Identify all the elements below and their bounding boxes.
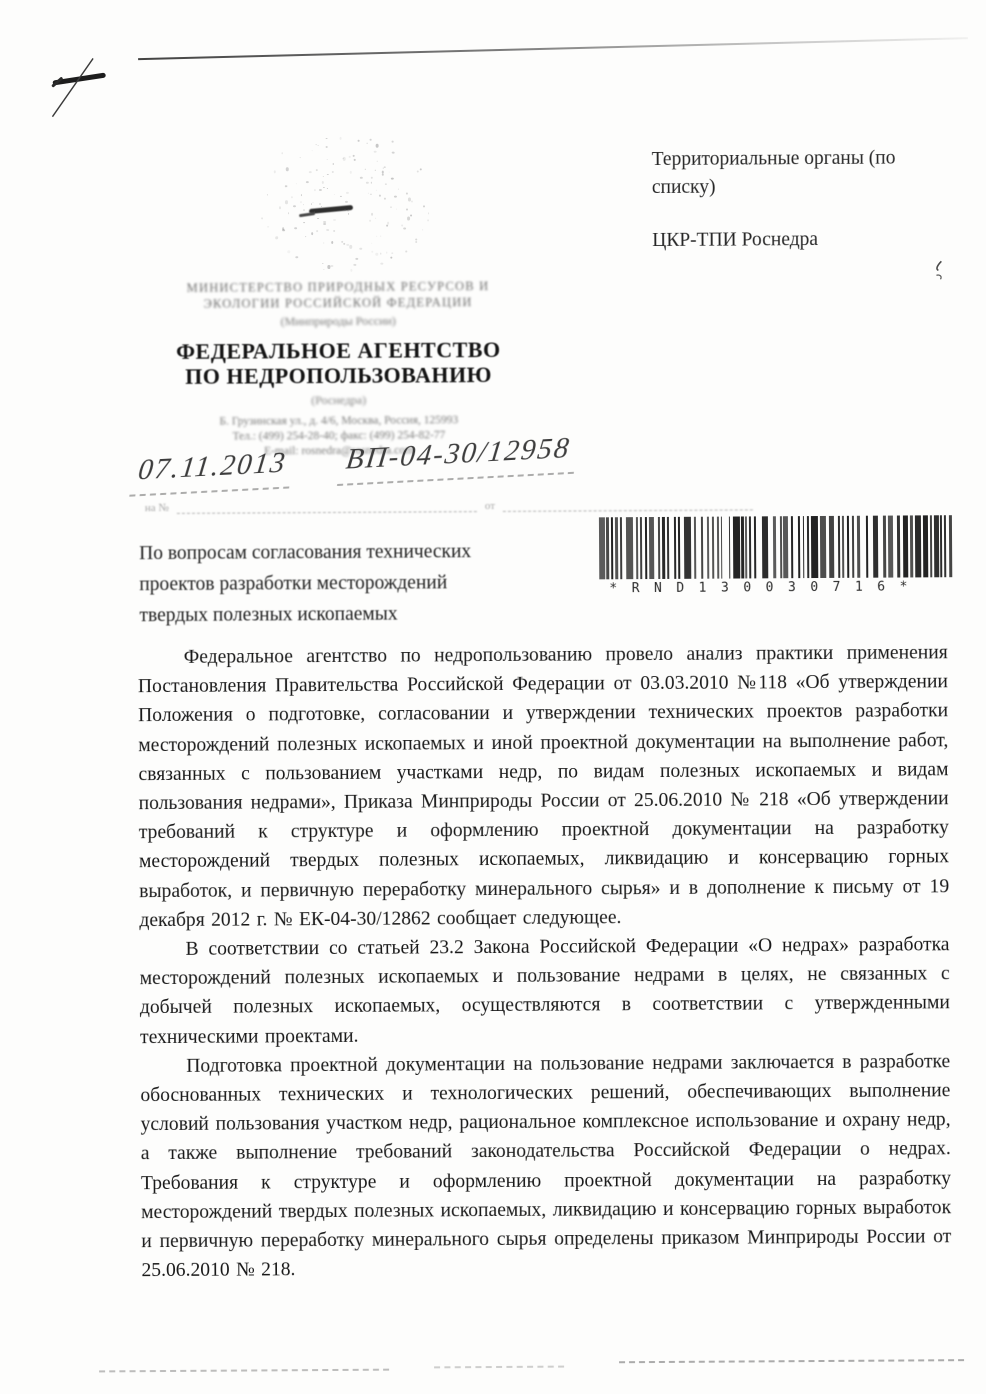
emblem-speck <box>382 171 384 174</box>
scanned-letter-page: МИНИСТЕРСТВО ПРИРОДНЫХ РЕСУРСОВ И ЭКОЛОГ… <box>0 0 986 1394</box>
emblem-speck <box>396 209 397 210</box>
emblem-speck <box>355 258 358 260</box>
emblem-speck <box>348 213 349 215</box>
emblem-speck <box>323 187 325 188</box>
coat-of-arms-emblem <box>246 122 442 283</box>
emblem-speck <box>371 251 373 253</box>
emblem-speck <box>390 257 392 259</box>
emblem-speck <box>403 228 406 230</box>
emblem-speck <box>391 253 393 254</box>
emblem-speck <box>346 192 349 194</box>
emblem-speck <box>392 152 395 154</box>
emblem-speck <box>327 188 328 189</box>
emblem-speck <box>350 171 352 174</box>
emblem-speck <box>323 176 324 177</box>
emblem-speck <box>311 203 312 205</box>
emblem-speck <box>368 193 369 194</box>
emblem-speck <box>322 181 324 184</box>
ministry-name-line2: ЭКОЛОГИИ РОССИЙСКОЙ ФЕДЕРАЦИИ <box>146 294 531 312</box>
emblem-speck <box>326 146 328 148</box>
emblem-speck <box>274 170 276 173</box>
recipient-line-ckr-tpi: ЦКР-ТПИ Роснедра <box>652 225 937 255</box>
emblem-speck <box>374 151 377 153</box>
emblem-speck <box>375 218 376 219</box>
emblem-speck <box>349 156 351 158</box>
emblem-speck <box>383 168 384 169</box>
emblem-speck <box>411 200 413 202</box>
reply-from-label: от <box>485 500 495 512</box>
reply-date-blank <box>503 509 753 512</box>
emblem-speck <box>267 194 268 195</box>
emblem-speck <box>300 201 302 203</box>
emblem-speck <box>340 137 342 140</box>
emblem-speck <box>380 236 381 237</box>
subject-line3: твердых полезных ископаемых <box>139 598 569 632</box>
emblem-speck <box>319 189 322 191</box>
agency-name-line1: ФЕДЕРАЛЬНОЕ АГЕНТСТВО <box>146 337 531 364</box>
emblem-speck <box>359 248 362 250</box>
agency-name-line2: ПО НЕДРОПОЛЬЗОВАНИЮ <box>146 362 531 389</box>
emblem-speck <box>371 182 372 184</box>
emblem-speck <box>300 157 301 158</box>
emblem-speck <box>377 161 378 162</box>
emblem-speck <box>386 252 387 254</box>
emblem-speck <box>376 236 377 237</box>
emblem-speck <box>318 145 319 146</box>
barcode-text: *RND130030716* <box>599 579 965 596</box>
emblem-speck <box>306 181 309 183</box>
emblem-speck <box>261 217 263 219</box>
ink-mark <box>927 257 953 289</box>
emblem-speck <box>365 169 366 170</box>
emblem-speck <box>401 225 403 227</box>
emblem-speck <box>326 229 329 231</box>
emblem-speck <box>376 144 379 148</box>
emblem-speck <box>282 152 283 154</box>
emblem-speck <box>333 230 335 232</box>
emblem-speck <box>323 242 324 244</box>
emblem-speck <box>375 170 376 171</box>
emblem-speck <box>332 171 334 173</box>
handwritten-date: 07.11.2013 <box>129 446 294 497</box>
emblem-speck <box>291 196 293 198</box>
emblem-speck <box>406 193 408 195</box>
body-paragraph-1: Федеральное агентство по недропользовани… <box>138 638 950 935</box>
subject-block: По вопросам согласования технических про… <box>139 536 570 632</box>
emblem-speck <box>334 194 335 195</box>
emblem-speck <box>303 209 305 211</box>
emblem-speck <box>369 220 371 222</box>
emblem-speck <box>380 253 381 255</box>
emblem-speck <box>343 243 345 245</box>
emblem-speck <box>366 182 369 184</box>
emblem-speck <box>376 190 377 191</box>
emblem-speck <box>382 174 384 176</box>
emblem-speck <box>379 195 381 197</box>
emblem-speck <box>371 177 373 179</box>
scan-artifact-top-line <box>138 37 968 60</box>
recipient-block: Территориальные органы (по списку) ЦКР-Т… <box>652 144 938 255</box>
emblem-speck <box>406 209 408 211</box>
emblem-speck <box>370 194 372 195</box>
emblem-speck <box>410 214 412 216</box>
letter-body: Федеральное агентство по недропользовани… <box>138 638 952 1285</box>
emblem-speck <box>295 256 298 258</box>
emblem-speck <box>323 223 326 225</box>
recipient-line-territorial: Территориальные органы (по списку) <box>652 144 937 202</box>
emblem-speck <box>301 194 302 196</box>
scan-artifact-bottom-line <box>434 1366 564 1369</box>
emblem-speck <box>275 236 278 239</box>
reply-prefix-label: на № <box>145 502 169 514</box>
emblem-speck <box>415 238 417 240</box>
emblem-speck <box>405 251 407 253</box>
emblem-speck <box>427 219 429 221</box>
emblem-speck <box>309 171 312 173</box>
emblem-speck <box>349 245 352 249</box>
body-paragraph-3: Подготовка проектной документации на пол… <box>140 1047 951 1286</box>
emblem-speck <box>407 216 410 220</box>
emblem-speck <box>390 207 392 208</box>
emblem-speck <box>327 159 328 160</box>
emblem-speck <box>330 265 333 267</box>
emblem-speck <box>293 205 296 207</box>
emblem-speck <box>333 219 336 221</box>
emblem-speck <box>423 205 425 207</box>
scan-artifact-bottom-line <box>619 1359 964 1363</box>
emblem-speck <box>327 174 329 175</box>
reply-number-blank <box>177 511 477 514</box>
letterhead: МИНИСТЕРСТВО ПРИРОДНЫХ РЕСУРСОВ И ЭКОЛОГ… <box>145 278 531 460</box>
emblem-speck <box>287 250 290 253</box>
emblem-speck <box>322 263 323 264</box>
emblem-speck <box>316 169 318 171</box>
emblem-speck <box>428 212 429 214</box>
emblem-speck <box>326 138 328 139</box>
emblem-speck <box>380 263 383 265</box>
emblem-speck <box>353 264 356 266</box>
emblem-speck <box>387 222 389 225</box>
emblem-speck <box>391 178 394 180</box>
emblem-speck <box>360 177 363 179</box>
agency-short-name: (Роснедра) <box>146 392 531 409</box>
emblem-speck <box>312 202 314 203</box>
emblem-speck <box>303 204 304 205</box>
subject-line1: По вопросам согласования технических <box>139 536 569 570</box>
body-paragraph-2: В соответствии со статьей 23.2 Закона Ро… <box>139 930 950 1052</box>
emblem-speck <box>312 150 313 151</box>
emblem-speck <box>367 143 368 144</box>
emblem-speck <box>317 218 319 219</box>
emblem-speck <box>415 241 417 242</box>
emblem-speck <box>305 236 306 237</box>
emblem-speck <box>323 269 324 270</box>
emblem-speck <box>417 170 419 172</box>
emblem-speck <box>420 168 422 170</box>
emblem-speck <box>394 196 397 198</box>
emblem-speck <box>316 144 317 145</box>
emblem-speck <box>345 201 348 203</box>
emblem-speck <box>371 213 373 216</box>
emblem-speck <box>279 206 281 209</box>
emblem-speck <box>319 203 321 205</box>
emblem-speck <box>386 225 388 227</box>
emblem-speck <box>350 269 352 272</box>
emblem-speck <box>370 139 372 141</box>
emblem-speck <box>314 189 316 191</box>
scan-artifact-bottom-line <box>99 1369 389 1373</box>
emblem-speck <box>398 189 399 190</box>
emblem-speck <box>392 141 394 143</box>
emblem-speck <box>389 172 390 173</box>
emblem-speck <box>385 184 387 185</box>
emblem-speck <box>311 232 313 235</box>
barcode-bars <box>599 515 965 579</box>
emblem-speck <box>340 196 342 197</box>
ministry-short-name: (Минприроды России) <box>146 313 531 330</box>
emblem-speck <box>371 243 372 244</box>
emblem-speck <box>344 209 346 211</box>
emblem-speck <box>331 241 333 244</box>
emblem-speck <box>354 159 356 161</box>
emblem-speck <box>358 140 360 142</box>
emblem-speck <box>267 226 269 227</box>
staple-mark <box>41 52 131 133</box>
emblem-speck <box>303 222 305 223</box>
emblem-speck <box>285 200 288 204</box>
subject-line2: проектов разработки месторождений <box>139 567 569 601</box>
barcode: *RND130030716* <box>599 515 965 596</box>
emblem-speck <box>316 230 318 232</box>
emblem-speck <box>286 167 289 171</box>
emblem-speck <box>296 183 297 184</box>
emblem-speck <box>294 227 297 229</box>
emblem-speck <box>288 212 289 214</box>
emblem-speck <box>384 198 386 200</box>
emblem-speck <box>384 167 386 168</box>
emblem-speck <box>353 155 355 157</box>
reply-reference-form: на № от <box>145 498 785 514</box>
emblem-speck <box>375 253 378 256</box>
emblem-ink-smudge <box>299 212 315 217</box>
emblem-speck <box>422 229 423 230</box>
emblem-speck <box>333 163 334 165</box>
